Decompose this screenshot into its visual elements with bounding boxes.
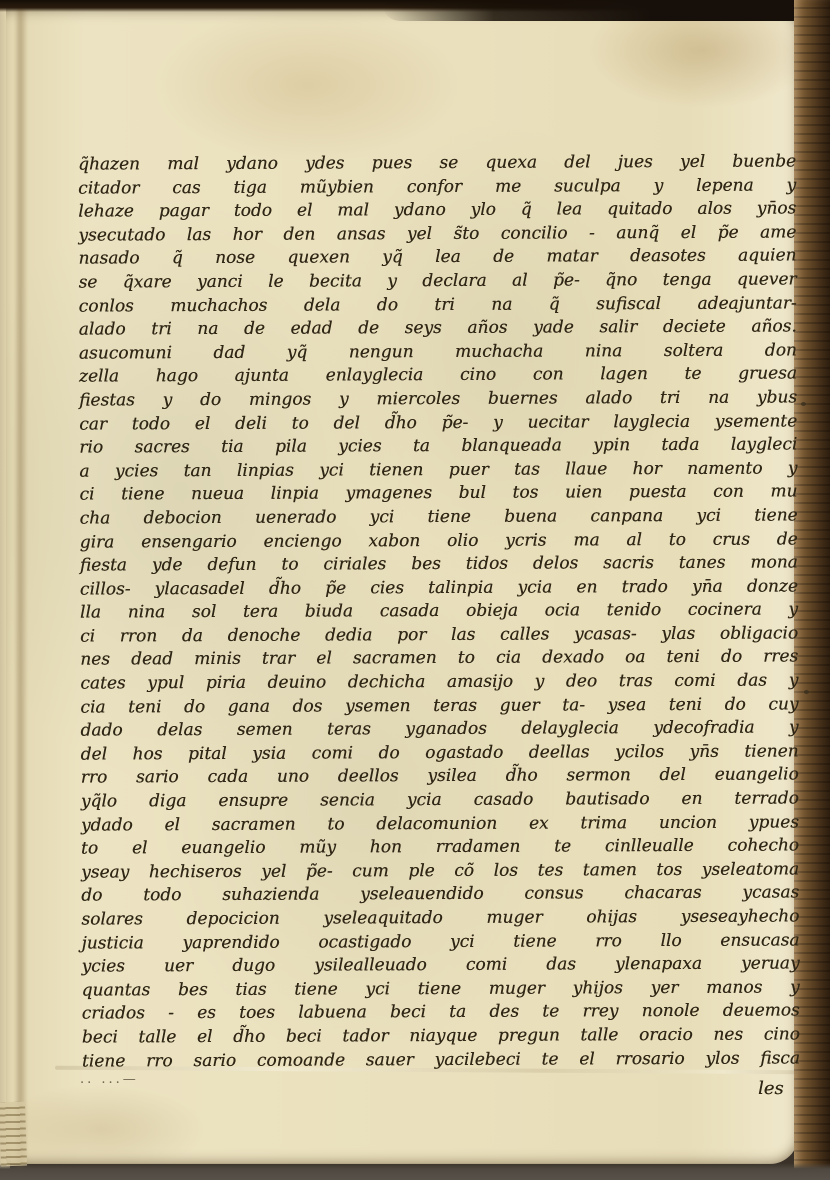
manuscript-line: asucomuni dad yq̃ nengun muchacha nina s… (79, 339, 797, 366)
manuscript-line: fiestas y do mingos y miercoles buernes … (79, 386, 797, 413)
manuscript-line: zella hago ajunta enlayglecia cino con l… (79, 363, 797, 390)
manuscript-line: fiesta yde defun to ciriales bes tidos d… (80, 552, 798, 579)
manuscript-line: ycies uer dugo ysilealleuado comi das yl… (81, 953, 799, 980)
manuscript-line: solares depocicion yseleaquitado muger o… (81, 905, 799, 932)
manuscript-line: yq̃lo diga ensupre sencia ycia casado ba… (81, 787, 799, 814)
manuscript-line: ci tiene nueua linpia ymagenes bul tos u… (79, 481, 797, 508)
manuscript-line: dado delas semen teras yganados delaygle… (80, 717, 798, 744)
stray-ink-marks: .. ...— (80, 1072, 139, 1087)
manuscript-line: lla nina sol tera biuda casada obieja oc… (80, 599, 798, 626)
manuscript-line: rro sario cada uno deellos ysilea d̃ho s… (81, 764, 799, 791)
manuscript-line: cates ypul piria deuino dechicha amasijo… (80, 669, 798, 696)
manuscript-line: beci talle el d̃ho beci tador niayque pr… (82, 1023, 800, 1050)
manuscript-line: ysecutado las hor den ansas yel s̃to con… (78, 221, 796, 248)
manuscript-line: gira ensengario enciengo xabon olio ycri… (80, 528, 798, 555)
manuscript-line: to el euangelio mũy hon rradamen te cinl… (81, 835, 799, 862)
manuscript-line: nes dead minis trar el sacramen to cia d… (80, 646, 798, 673)
manuscript-line: car todo el deli to del d̃ho p̃e- y ueci… (79, 410, 797, 437)
manuscript-line: quantas bes tias tiene yci tiene muger y… (82, 976, 800, 1003)
catchword: les (758, 1078, 784, 1099)
manuscript-line: nasado q̃ nose quexen yq̃ lea de matar d… (78, 245, 796, 272)
page-stack-corner (0, 1102, 27, 1167)
manuscript-line: cillos- ylacasadel d̃ho p̃e cies talinpi… (80, 575, 798, 602)
margin-ink-dot (801, 402, 806, 406)
manuscript-body: q̃hazen mal ydano ydes pues se quexa del… (78, 150, 800, 1073)
manuscript-line: alado tri na de edad de seys años yade s… (79, 316, 797, 343)
book-top-edge-shadow (382, 0, 830, 21)
manuscript-line: justicia yaprendido ocastigado yci tiene… (81, 929, 799, 956)
manuscript-line: do todo suhazienda yseleauendido consus … (81, 882, 799, 909)
manuscript-line: cia teni do gana dos ysemen teras guer t… (80, 693, 798, 720)
manuscript-line: rio sacres tia pila ycies ta blanqueada … (79, 434, 797, 461)
manuscript-scan: 688 — 702 VECITADOR tanbien dire aserca … (0, 0, 830, 1180)
manuscript-line: yseay hechiseros yel p̃e- cum ple cõ los… (81, 858, 799, 885)
margin-ink-dot (804, 690, 809, 694)
book-bottom-edge (0, 1163, 830, 1180)
manuscript-line: q̃hazen mal ydano ydes pues se quexa del… (78, 150, 796, 177)
manuscript-line: cha debocion uenerado yci tiene buena ca… (80, 504, 798, 531)
manuscript-line: ydado el sacramen to delacomunion ex tri… (81, 811, 799, 838)
manuscript-line: se q̃xare yanci le becita y declara al p… (79, 268, 797, 295)
manuscript-line: ci rron da denoche dedia por las calles … (80, 622, 798, 649)
manuscript-line: conlos muchachos dela do tri na q̃ sufis… (79, 292, 797, 319)
manuscript-line: citador cas tiga mũybien confor me sucul… (78, 174, 796, 201)
manuscript-line: del hos pital ysia comi do ogastado deel… (81, 740, 799, 767)
manuscript-line: criados - es toes labuena beci ta des te… (82, 1000, 800, 1027)
manuscript-line: lehaze pagar todo el mal ydano ylo q̃ le… (78, 198, 796, 225)
manuscript-line: a ycies tan linpias yci tienen puer tas … (79, 457, 797, 484)
gutter-crease (14, 0, 28, 1180)
manuscript-line: tiene rro sario comoande sauer yacilebec… (82, 1047, 800, 1074)
